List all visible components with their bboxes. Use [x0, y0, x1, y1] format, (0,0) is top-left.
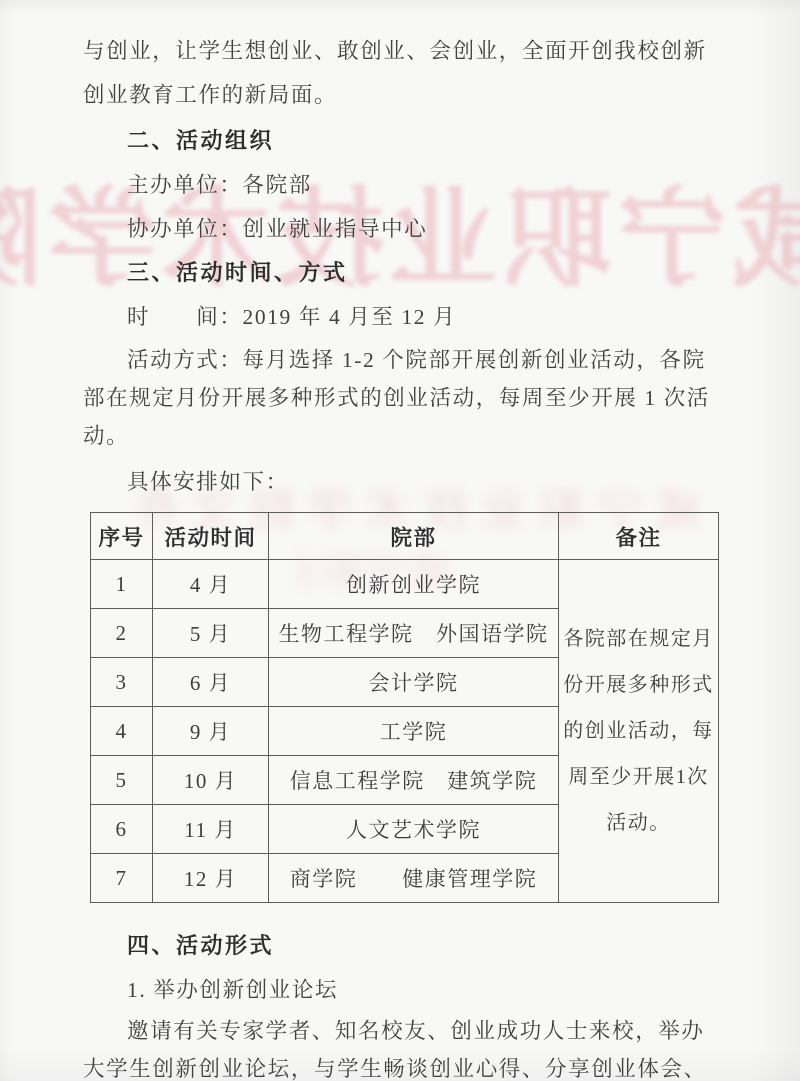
table-row: 1 4 月 创新创业学院 各院部在规定月份开展多种形式的创业活动，每周至少开展1… — [91, 560, 719, 609]
host-unit-line: 主办单位：各院部 — [83, 163, 722, 207]
section4-paragraph: 邀请有关专家学者、知名校友、创业成功人士来校，举办 大学生创新创业论坛，与学生畅… — [83, 1012, 722, 1081]
activity-method-paragraph: 活动方式：每月选择 1-2 个院部开展创新创业活动，各院 部在规定月份开展多种形… — [83, 341, 722, 455]
cell-time: 10 月 — [153, 756, 269, 805]
activity-time-line: 时 间：2019 年 4 月至 12 月 — [83, 295, 722, 339]
method-line-1: 活动方式：每月选择 1-2 个院部开展创新创业活动，各院 — [83, 341, 722, 379]
intro-line-2: 创业教育工作的新局面。 — [83, 73, 722, 117]
section4-heading: 四、活动形式 — [83, 924, 722, 968]
section3-heading: 三、活动时间、方式 — [83, 251, 722, 295]
method-line-2: 部在规定月份开展多种形式的创业活动，每周至少开展 1 次活 — [83, 379, 722, 417]
cell-dept: 会计学院 — [269, 658, 559, 707]
cell-time: 4 月 — [153, 560, 269, 609]
cell-no: 7 — [91, 854, 153, 903]
cell-time: 12 月 — [153, 854, 269, 903]
activity-schedule-table: 序号 活动时间 院部 备注 1 4 月 创新创业学院 各院部在规定月份开展多种形… — [90, 512, 719, 903]
cell-dept: 信息工程学院 建筑学院 — [269, 756, 559, 805]
cell-dept: 商学院 健康管理学院 — [269, 854, 559, 903]
cell-time: 6 月 — [153, 658, 269, 707]
section2-heading: 二、活动组织 — [83, 119, 722, 163]
scanned-document-page: 咸宁职业技术学院文件 咸宁职业技术学院文件 咸宁职业技术学院文件 与创业，让学生… — [0, 0, 800, 1081]
cell-time: 9 月 — [153, 707, 269, 756]
section4-para-line-2: 大学生创新创业论坛，与学生畅谈创业心得、分享创业体会、 — [83, 1050, 722, 1081]
col-header-time: 活动时间 — [153, 513, 269, 560]
col-header-remark: 备注 — [559, 513, 719, 560]
cell-dept: 创新创业学院 — [269, 560, 559, 609]
cell-remark-merged: 各院部在规定月份开展多种形式的创业活动，每周至少开展1次活动。 — [559, 560, 719, 903]
method-line-3: 动。 — [83, 417, 722, 455]
cell-no: 5 — [91, 756, 153, 805]
cell-no: 2 — [91, 609, 153, 658]
cell-dept: 生物工程学院 外国语学院 — [269, 609, 559, 658]
section4-item-1: 1. 举办创新创业论坛 — [83, 968, 722, 1012]
cell-dept: 人文艺术学院 — [269, 805, 559, 854]
cell-time: 5 月 — [153, 609, 269, 658]
document-content: 与创业，让学生想创业、敢创业、会创业，全面开创我校创新 创业教育工作的新局面。 … — [0, 0, 800, 1081]
cell-time: 11 月 — [153, 805, 269, 854]
cohost-unit-line: 协办单位：创业就业指导中心 — [83, 207, 722, 251]
cell-no: 6 — [91, 805, 153, 854]
intro-line-1: 与创业，让学生想创业、敢创业、会创业，全面开创我校创新 — [83, 29, 722, 73]
cell-no: 4 — [91, 707, 153, 756]
cell-no: 1 — [91, 560, 153, 609]
section4-para-line-1: 邀请有关专家学者、知名校友、创业成功人士来校，举办 — [83, 1012, 722, 1050]
cell-no: 3 — [91, 658, 153, 707]
col-header-no: 序号 — [91, 513, 153, 560]
cell-dept: 工学院 — [269, 707, 559, 756]
schedule-intro-line: 具体安排如下： — [83, 460, 722, 504]
col-header-dept: 院部 — [269, 513, 559, 560]
table-header-row: 序号 活动时间 院部 备注 — [91, 513, 719, 560]
